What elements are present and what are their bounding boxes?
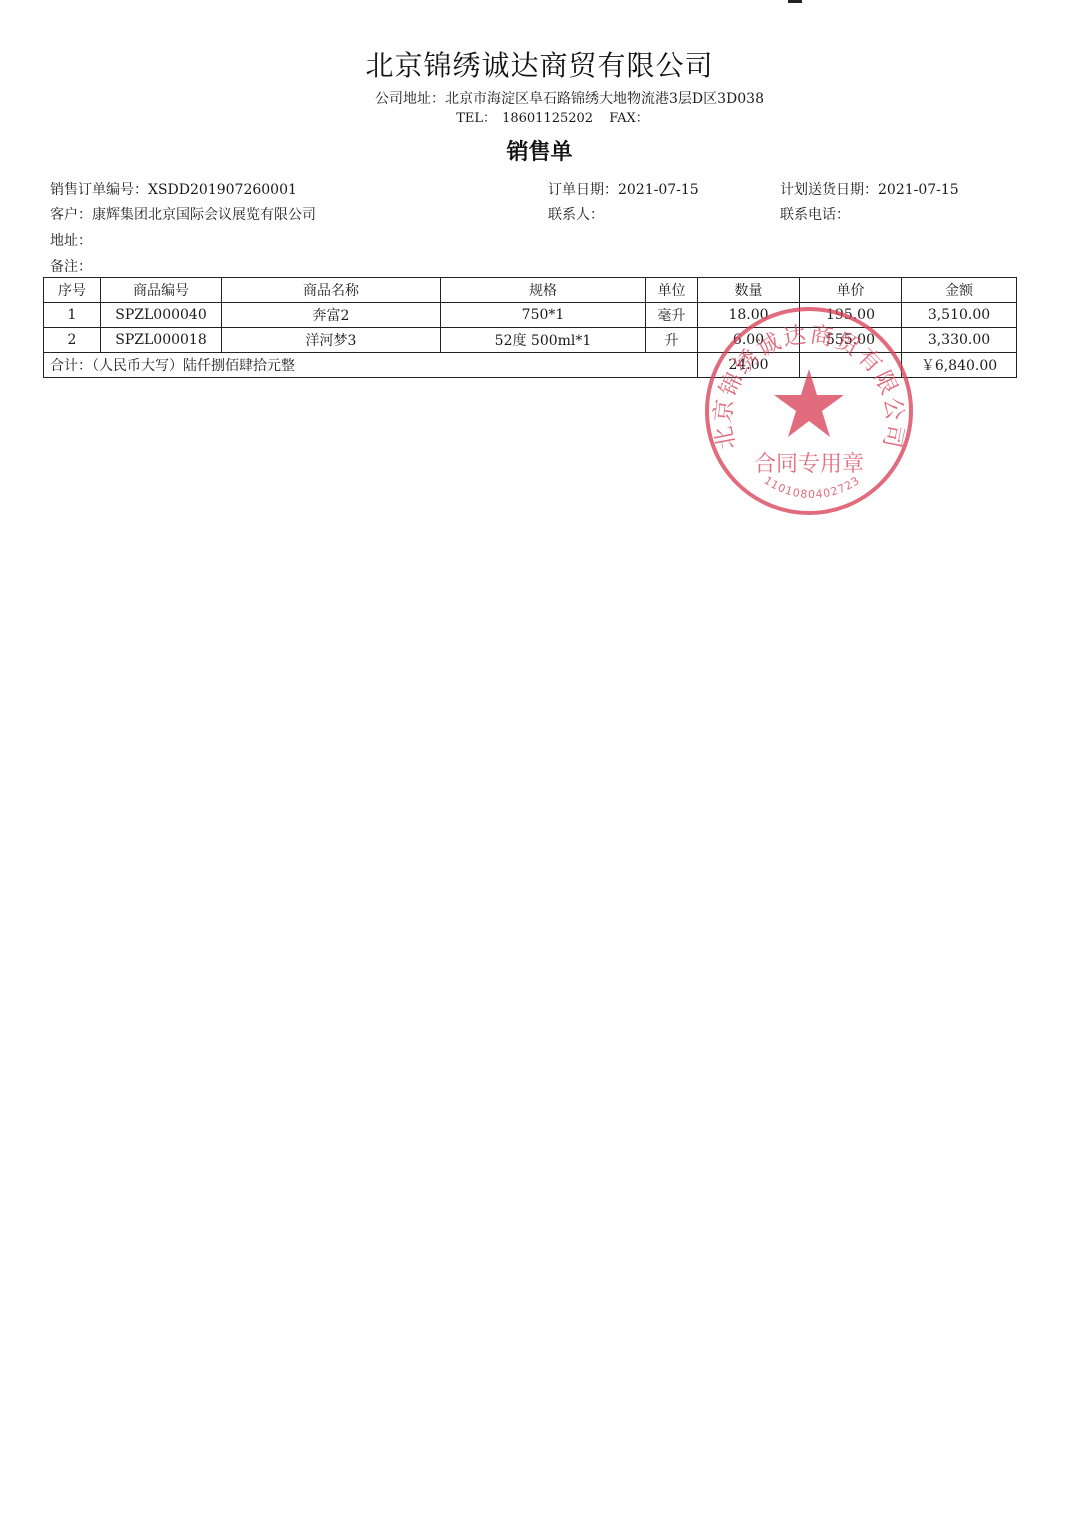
remark-label: 备注： bbox=[50, 259, 92, 275]
seal-inner-text: 合同专用章 bbox=[754, 452, 864, 477]
header-cell-qty: 数量 bbox=[698, 278, 800, 303]
header-cell-spec: 规格 bbox=[441, 278, 646, 303]
table-row: 2 SPZL000018 洋河梦3 52度 500ml*1 升 6.00 555… bbox=[44, 328, 1017, 353]
cell-spec: 750*1 bbox=[441, 303, 646, 328]
contact-label: 联系人： bbox=[548, 207, 604, 223]
header-cell-unit: 单位 bbox=[646, 278, 698, 303]
contact-line: TEL：18601125202 FAX： bbox=[10, 107, 1079, 126]
order-date-label: 订单日期： bbox=[548, 182, 618, 198]
tel-field: TEL：18601125202 bbox=[450, 111, 593, 126]
header-cell-amount: 金额 bbox=[902, 278, 1017, 303]
table-total-row: 合计：（人民币大写）陆仟捌佰肆拾元整 24.00 ￥6,840.00 bbox=[44, 353, 1017, 378]
total-amount-in-words: （人民币大写）陆仟捌佰肆拾元整 bbox=[92, 358, 295, 374]
cell-price: 555.00 bbox=[800, 328, 902, 353]
total-price-empty bbox=[800, 353, 902, 378]
cell-name: 奔富2 bbox=[222, 303, 441, 328]
total-amount: ￥6,840.00 bbox=[902, 353, 1017, 378]
table-header-row: 序号 商品编号 商品名称 规格 单位 数量 单价 金额 bbox=[44, 278, 1017, 303]
total-words-cell: 合计：（人民币大写）陆仟捌佰肆拾元整 bbox=[44, 353, 698, 378]
star-icon bbox=[774, 369, 844, 437]
cell-unit: 升 bbox=[646, 328, 698, 353]
delivery-date-label: 计划送货日期： bbox=[780, 182, 878, 198]
order-number: 销售订单编号：XSDD201907260001 bbox=[50, 179, 297, 199]
contact-phone: 联系电话： bbox=[780, 204, 850, 224]
delivery-date-value: 2021-07-15 bbox=[878, 182, 959, 198]
customer-value: 康辉集团北京国际会议展览有限公司 bbox=[92, 207, 316, 223]
cell-qty: 18.00 bbox=[698, 303, 800, 328]
order-number-value: XSDD201907260001 bbox=[148, 182, 297, 198]
company-name: 北京锦绣诚达商贸有限公司 bbox=[0, 44, 1079, 84]
header-cell-price: 单价 bbox=[800, 278, 902, 303]
customer: 客户：康辉集团北京国际会议展览有限公司 bbox=[50, 204, 316, 224]
customer-address-label: 地址： bbox=[50, 233, 92, 249]
fax-label: FAX： bbox=[609, 111, 649, 126]
order-date-value: 2021-07-15 bbox=[618, 182, 699, 198]
total-label: 合计： bbox=[50, 358, 92, 374]
cell-amount: 3,330.00 bbox=[902, 328, 1017, 353]
scan-mark bbox=[788, 0, 802, 3]
fax-field: FAX： bbox=[609, 111, 649, 126]
company-address: 公司地址：北京市海淀区阜石路锦绣大地物流港3层D区3D038 bbox=[30, 88, 1079, 108]
document-title: 销售单 bbox=[0, 135, 1079, 166]
total-qty: 24.00 bbox=[698, 353, 800, 378]
cell-price: 195.00 bbox=[800, 303, 902, 328]
delivery-date: 计划送货日期：2021-07-15 bbox=[780, 179, 959, 199]
order-number-label: 销售订单编号： bbox=[50, 182, 148, 198]
sales-items-table: 序号 商品编号 商品名称 规格 单位 数量 单价 金额 1 SPZL000040… bbox=[43, 277, 1017, 378]
phone-label: 联系电话： bbox=[780, 207, 850, 223]
cell-qty: 6.00 bbox=[698, 328, 800, 353]
header-cell-name: 商品名称 bbox=[222, 278, 441, 303]
customer-label: 客户： bbox=[50, 207, 92, 223]
cell-index: 1 bbox=[44, 303, 101, 328]
cell-amount: 3,510.00 bbox=[902, 303, 1017, 328]
header-cell-index: 序号 bbox=[44, 278, 101, 303]
svg-text:1101080402723: 1101080402723 bbox=[762, 474, 863, 501]
contact-person: 联系人： bbox=[548, 204, 604, 224]
cell-code: SPZL000018 bbox=[101, 328, 222, 353]
cell-index: 2 bbox=[44, 328, 101, 353]
seal-code: 1101080402723 bbox=[762, 474, 863, 501]
remark: 备注： bbox=[50, 256, 92, 276]
tel-value: 18601125202 bbox=[502, 111, 593, 126]
cell-unit: 毫升 bbox=[646, 303, 698, 328]
cell-spec: 52度 500ml*1 bbox=[441, 328, 646, 353]
order-date: 订单日期：2021-07-15 bbox=[548, 179, 699, 199]
table-row: 1 SPZL000040 奔富2 750*1 毫升 18.00 195.00 3… bbox=[44, 303, 1017, 328]
tel-label: TEL： bbox=[456, 111, 496, 126]
header-cell-code: 商品编号 bbox=[101, 278, 222, 303]
address-value: 北京市海淀区阜石路锦绣大地物流港3层D区3D038 bbox=[445, 91, 764, 107]
cell-name: 洋河梦3 bbox=[222, 328, 441, 353]
cell-code: SPZL000040 bbox=[101, 303, 222, 328]
customer-address: 地址： bbox=[50, 230, 92, 250]
address-label: 公司地址： bbox=[375, 91, 445, 107]
